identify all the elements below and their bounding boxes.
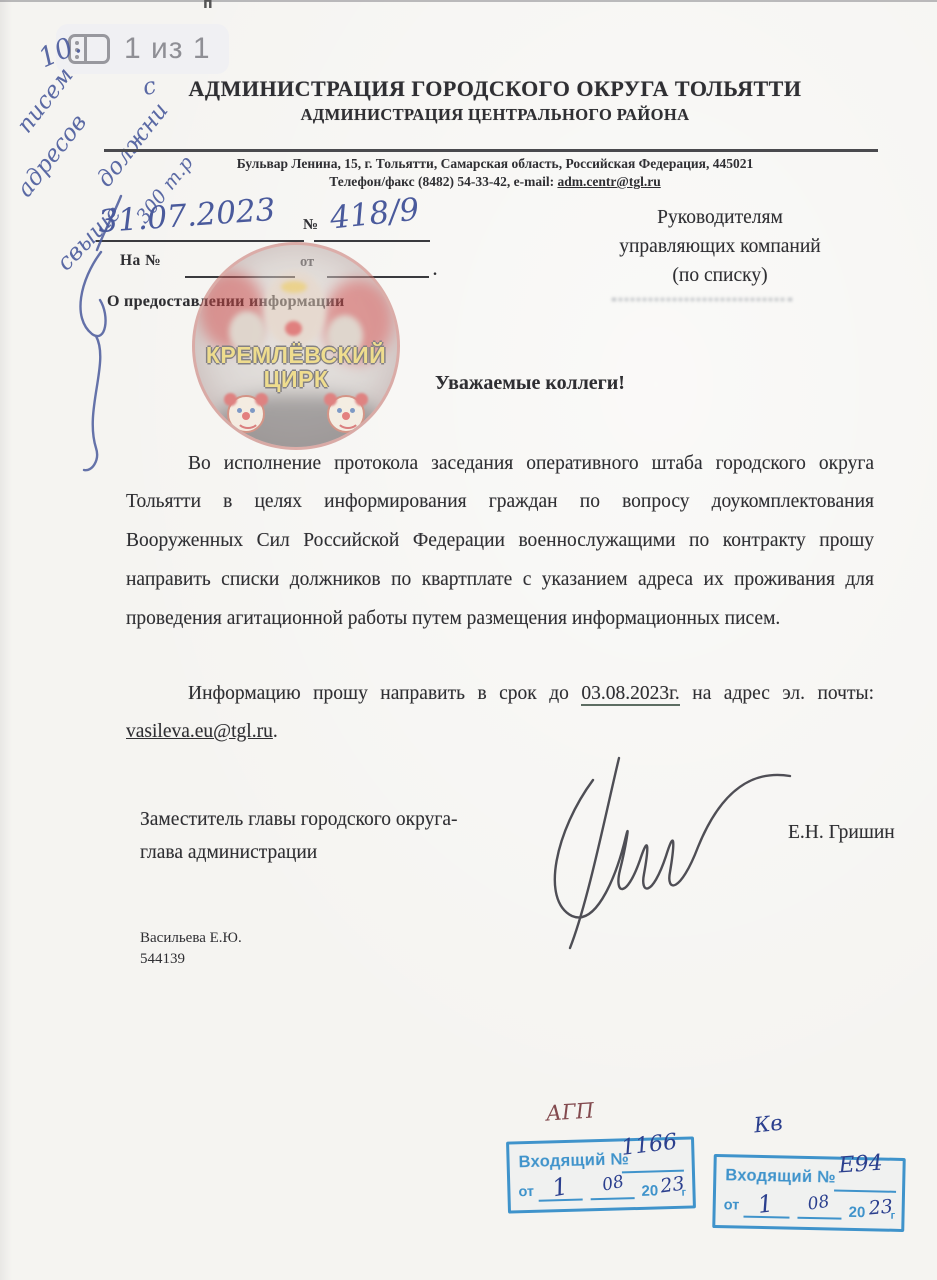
org-email: adm.centr@tgl.ru: [557, 174, 660, 189]
watermark-title-line2: ЦИРК: [195, 367, 397, 391]
stamp-annotation: Кв: [753, 1111, 784, 1138]
incoming-stamp-2: Входящий № Е94 от 1 08 20 23 г: [712, 1154, 906, 1232]
scan-smudge: [612, 290, 792, 301]
watermark-kremlin-circus: КРЕМЛЁВСКИЙ ЦИРК: [192, 242, 400, 450]
stamp-label: Входящий №: [518, 1150, 629, 1172]
stamp-year-suffix: г: [681, 1187, 686, 1199]
stamp-label: Входящий №: [725, 1166, 836, 1187]
executor-phone: 544139: [140, 949, 242, 970]
stamp-number: Е94: [838, 1151, 884, 1179]
ref-end-punct: .: [433, 262, 437, 280]
signatory-position-line1: Заместитель главы городского округа-: [140, 803, 458, 836]
stamp-year-prefix: 20: [641, 1182, 658, 1199]
scanned-letter-page: п 1 из 1 10. с писем адресов должни 300 …: [0, 0, 937, 1280]
number-underline: [314, 240, 430, 242]
executor-block: Васильева Е.Ю. 544139: [140, 928, 242, 970]
watermark-title: КРЕМЛЁВСКИЙ ЦИРК: [195, 343, 397, 391]
body-p2-text: Информацию прошу направить в срок до: [188, 683, 581, 704]
watermark-title-line1: КРЕМЛЁВСКИЙ: [195, 343, 397, 367]
recipient-line: (по списку): [555, 261, 885, 290]
stamp-month: 08: [600, 1172, 625, 1196]
handwritten-signature: [498, 752, 798, 952]
signatory-name: Е.Н. Гришин: [788, 822, 895, 844]
executor-name: Васильева Е.Ю.: [140, 928, 242, 949]
recipient-line: Руководителям: [555, 203, 885, 232]
stamp-ot-label: от: [518, 1184, 534, 1200]
deadline-date: 03.08.2023г.: [581, 683, 679, 706]
watermark-face-paint: [281, 281, 307, 293]
signatory-position: Заместитель главы городского округа- гла…: [140, 803, 458, 869]
watermark-clown-nose: [285, 321, 302, 336]
incoming-stamp-1: Входящий № 1166 от 1 08 20 23 г: [506, 1136, 696, 1213]
clown-face-icon: [327, 395, 365, 433]
recipient-block: Руководителям управляющих компаний (по с…: [555, 203, 885, 290]
stamp-day: 1: [550, 1172, 570, 1202]
clown-face-icon: [227, 395, 265, 433]
stamp-year-prefix: 20: [848, 1204, 865, 1221]
body-p2-end: .: [273, 721, 278, 742]
stamp-annotation: АГП: [545, 1098, 595, 1125]
number-sign: №: [303, 217, 318, 234]
handwritten-number: 418/9: [328, 191, 421, 236]
body-paragraph-2: Информацию прошу направить в срок до 03.…: [126, 675, 874, 753]
org-contact-prefix: Телефон/факс (8482) 54-33-42, e-mail:: [329, 174, 557, 189]
stamp-number: 1166: [620, 1130, 679, 1161]
stamp-number-line: [834, 1190, 896, 1193]
stamp-day: 1: [756, 1189, 774, 1219]
stamp-year-suffix: г: [890, 1210, 895, 1222]
stamp-month: 08: [806, 1192, 830, 1215]
stamp-ot-label: от: [724, 1197, 740, 1213]
recipient-line: управляющих компаний: [555, 232, 885, 261]
stamp-underline: [591, 1197, 635, 1200]
contact-email: vasileva.eu@tgl.ru: [126, 721, 273, 742]
signatory-position-line2: глава администрации: [140, 836, 458, 869]
body-p2-text: на адрес эл. почты:: [680, 683, 874, 704]
stamp-underline: [797, 1217, 841, 1220]
